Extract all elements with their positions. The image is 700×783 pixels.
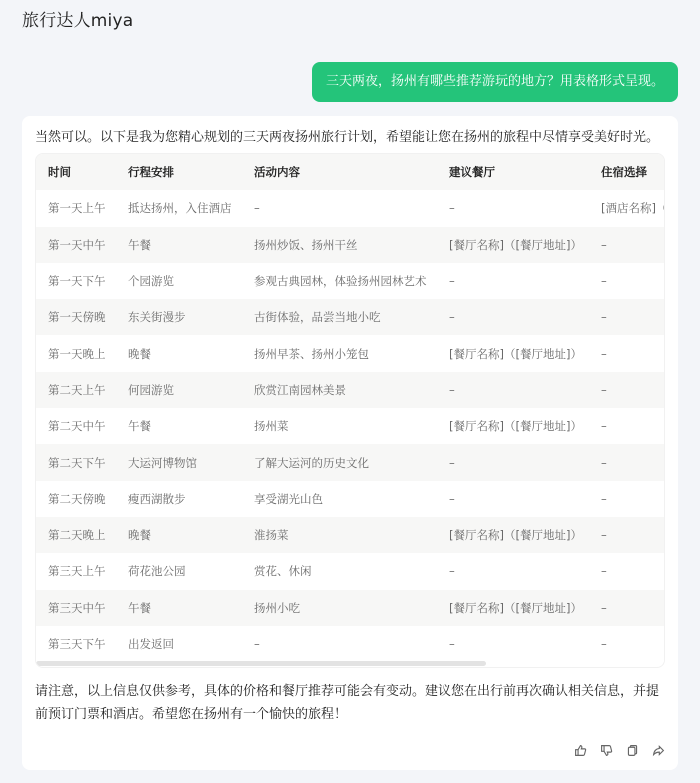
cell-restaurant: [餐厅名称]（[餐厅地址]） [437, 335, 589, 371]
table-row: 第三天上午荷花池公园赏花、休闲–– [36, 553, 665, 589]
column-header-activity: 活动内容 [242, 154, 437, 190]
cell-restaurant: – [437, 190, 589, 226]
reply-actions [572, 742, 666, 758]
table-row: 第三天下午出发返回––– [36, 626, 665, 662]
dislike-button[interactable] [598, 742, 614, 758]
cell-schedule: 晚餐 [116, 517, 242, 553]
cell-activity: 扬州小吃 [242, 590, 437, 626]
thumbs-up-icon [574, 744, 587, 757]
column-header-lodging: 住宿选择 [589, 154, 665, 190]
cell-schedule: 晚餐 [116, 335, 242, 371]
cell-lodging: – [589, 372, 665, 408]
cell-schedule: 午餐 [116, 408, 242, 444]
table-row: 第二天傍晚瘦西湖散步享受湖光山色–– [36, 481, 665, 517]
cell-schedule: 东关街漫步 [116, 299, 242, 335]
cell-lodging: – [589, 263, 665, 299]
cell-restaurant: [餐厅名称]（[餐厅地址]） [437, 590, 589, 626]
cell-lodging: – [589, 408, 665, 444]
share-icon [652, 744, 665, 757]
like-button[interactable] [572, 742, 588, 758]
cell-schedule: 午餐 [116, 590, 242, 626]
copy-icon [626, 744, 639, 757]
cell-lodging: – [589, 517, 665, 553]
app-title: 旅行达人miya [22, 6, 133, 31]
cell-activity: – [242, 190, 437, 226]
cell-time: 第三天上午 [36, 553, 116, 589]
cell-lodging: – [589, 626, 665, 662]
cell-restaurant: – [437, 481, 589, 517]
cell-restaurant: – [437, 626, 589, 662]
cell-lodging: – [589, 299, 665, 335]
thumbs-down-icon [600, 744, 613, 757]
cell-activity: 扬州早茶、扬州小笼包 [242, 335, 437, 371]
cell-activity: 古街体验，品尝当地小吃 [242, 299, 437, 335]
table-row: 第二天下午大运河博物馆了解大运河的历史文化–– [36, 444, 665, 480]
cell-time: 第三天中午 [36, 590, 116, 626]
share-button[interactable] [650, 742, 666, 758]
cell-lodging: – [589, 553, 665, 589]
cell-time: 第一天中午 [36, 227, 116, 263]
table-row: 第一天上午抵达扬州，入住酒店––[酒店名称]（ [36, 190, 665, 226]
cell-lodging: – [589, 590, 665, 626]
cell-restaurant: – [437, 444, 589, 480]
reply-intro: 当然可以。以下是我为您精心规划的三天两夜扬州旅行计划，希望能让您在扬州的旅程中尽… [35, 126, 659, 145]
cell-schedule: 荷花池公园 [116, 553, 242, 589]
cell-activity: 参观古典园林，体验扬州园林艺术 [242, 263, 437, 299]
cell-time: 第一天下午 [36, 263, 116, 299]
cell-lodging: – [589, 227, 665, 263]
assistant-reply-card: 当然可以。以下是我为您精心规划的三天两夜扬州旅行计划，希望能让您在扬州的旅程中尽… [22, 116, 678, 770]
cell-restaurant: – [437, 553, 589, 589]
table-row: 第一天傍晚东关街漫步古街体验，品尝当地小吃–– [36, 299, 665, 335]
cell-activity: 扬州炒饭、扬州干丝 [242, 227, 437, 263]
reply-note: 请注意，以上信息仅供参考，具体的价格和餐厅推荐可能会有变动。建议您在出行前再次确… [35, 680, 667, 726]
cell-lodging: [酒店名称]（ [589, 190, 665, 226]
cell-restaurant: – [437, 299, 589, 335]
copy-button[interactable] [624, 742, 640, 758]
cell-activity: 了解大运河的历史文化 [242, 444, 437, 480]
cell-activity: 扬州菜 [242, 408, 437, 444]
table-row: 第一天下午个园游览参观古典园林，体验扬州园林艺术–– [36, 263, 665, 299]
cell-activity: 赏花、休闲 [242, 553, 437, 589]
cell-activity: 淮扬菜 [242, 517, 437, 553]
scrollbar-thumb[interactable] [36, 661, 486, 666]
cell-schedule: 大运河博物馆 [116, 444, 242, 480]
cell-schedule: 何园游览 [116, 372, 242, 408]
itinerary-table: 时间 行程安排 活动内容 建议餐厅 住宿选择 第一天上午抵达扬州，入住酒店––[… [36, 154, 665, 662]
column-header-schedule: 行程安排 [116, 154, 242, 190]
cell-schedule: 个园游览 [116, 263, 242, 299]
column-header-restaurant: 建议餐厅 [437, 154, 589, 190]
cell-schedule: 瘦西湖散步 [116, 481, 242, 517]
horizontal-scrollbar[interactable] [36, 661, 665, 667]
cell-restaurant: – [437, 372, 589, 408]
cell-time: 第一天晚上 [36, 335, 116, 371]
cell-activity: 欣赏江南园林美景 [242, 372, 437, 408]
cell-time: 第二天晚上 [36, 517, 116, 553]
table-header-row: 时间 行程安排 活动内容 建议餐厅 住宿选择 [36, 154, 665, 190]
cell-time: 第一天傍晚 [36, 299, 116, 335]
cell-activity: – [242, 626, 437, 662]
cell-time: 第二天上午 [36, 372, 116, 408]
table-row: 第二天晚上晚餐淮扬菜[餐厅名称]（[餐厅地址]）– [36, 517, 665, 553]
cell-restaurant: [餐厅名称]（[餐厅地址]） [437, 408, 589, 444]
cell-time: 第二天傍晚 [36, 481, 116, 517]
column-header-time: 时间 [36, 154, 116, 190]
cell-schedule: 午餐 [116, 227, 242, 263]
cell-time: 第一天上午 [36, 190, 116, 226]
table-row: 第三天中午午餐扬州小吃[餐厅名称]（[餐厅地址]）– [36, 590, 665, 626]
cell-restaurant: – [437, 263, 589, 299]
user-message-bubble: 三天两夜，扬州有哪些推荐游玩的地方？用表格形式呈现。 [312, 62, 678, 102]
cell-lodging: – [589, 481, 665, 517]
cell-schedule: 出发返回 [116, 626, 242, 662]
cell-restaurant: [餐厅名称]（[餐厅地址]） [437, 517, 589, 553]
cell-time: 第二天中午 [36, 408, 116, 444]
table-row: 第一天晚上晚餐扬州早茶、扬州小笼包[餐厅名称]（[餐厅地址]）– [36, 335, 665, 371]
cell-schedule: 抵达扬州，入住酒店 [116, 190, 242, 226]
cell-lodging: – [589, 444, 665, 480]
cell-activity: 享受湖光山色 [242, 481, 437, 517]
table-row: 第二天中午午餐扬州菜[餐厅名称]（[餐厅地址]）– [36, 408, 665, 444]
cell-lodging: – [589, 335, 665, 371]
cell-time: 第三天下午 [36, 626, 116, 662]
itinerary-table-container[interactable]: 时间 行程安排 活动内容 建议餐厅 住宿选择 第一天上午抵达扬州，入住酒店––[… [35, 153, 665, 668]
cell-restaurant: [餐厅名称]（[餐厅地址]） [437, 227, 589, 263]
table-row: 第二天上午何园游览欣赏江南园林美景–– [36, 372, 665, 408]
cell-time: 第二天下午 [36, 444, 116, 480]
table-row: 第一天中午午餐扬州炒饭、扬州干丝[餐厅名称]（[餐厅地址]）– [36, 227, 665, 263]
